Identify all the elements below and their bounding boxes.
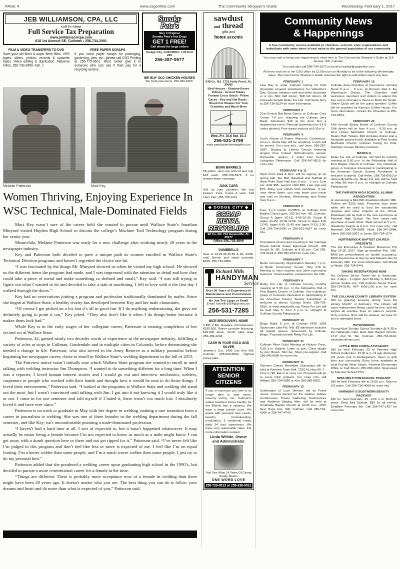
dodge-city-recycling-ad: ◆ DODGE CITY ◆ SCRAP METAL RECYCLING 92 … bbox=[203, 203, 254, 246]
event-description: Celebration of Love Service, led by Fran… bbox=[260, 389, 326, 415]
article-headline: Women Thriving, Enjoying Experience In W… bbox=[3, 190, 197, 218]
chicken-houses-classified: WE BUY OLD CHICKEN HOUSES We build pole … bbox=[142, 77, 197, 84]
event-item: FEBRUARY 20 14th Annual Empty Bowls of C… bbox=[331, 119, 397, 149]
article-paragraph: Maci Key wasn’t sure of the career field… bbox=[3, 222, 197, 240]
sneaky-phone: 256-287-0977 bbox=[144, 57, 195, 63]
left-classifieds: FILM & VIDEO TRANSFERS TO DVD Save your … bbox=[3, 49, 141, 72]
top-left-ads: JEB WILLIAMSON, CPA, LLC Call Us About F… bbox=[3, 13, 197, 84]
sawdust-logo-line2: and thread bbox=[205, 23, 253, 31]
sneaky-petes-logo: Sneaky Pete's bbox=[144, 15, 195, 30]
shop-building-illustration bbox=[208, 42, 250, 79]
handyman-phone: 256-531-7285 bbox=[205, 307, 252, 315]
event-item: FEBRUARY 11 Fairview Classic Breakfast (… bbox=[260, 360, 326, 382]
classified-body: Sell us your clunkers. We buy junkers. C… bbox=[203, 188, 254, 199]
handyman-title: HANDYMAN bbox=[216, 274, 259, 281]
sawdust-website: www.sawdustandthreadgifts.com bbox=[205, 144, 253, 147]
event-item: NORTHBROOK BAPTIST CHURCH PRESENTS The A… bbox=[331, 238, 397, 268]
sawdust-address: 248 Co. Rd. 1721 Holly Pond, AL 35082 bbox=[205, 81, 253, 87]
classified-film-video: FILM & VIDEO TRANSFERS TO DVD Save your … bbox=[3, 49, 70, 72]
classified-gold-silver: CASH IN YOUR GOLD AND SILVER Jeweler’s C… bbox=[203, 342, 254, 361]
photo-melanie-patterson bbox=[3, 88, 85, 184]
senior-citizens-ad: ATTENTION SENIOR CITIZENS If you or some… bbox=[203, 364, 254, 491]
article-paragraph: The Fairview native wasn’t initially sur… bbox=[3, 360, 197, 408]
masthead-website: www.csgonline.com bbox=[80, 4, 195, 9]
event-date-heading: THE FAIRVIEW HIGH SCHOOL ALUMNI ASSOCIAT… bbox=[331, 191, 397, 198]
senior-ad-header: ATTENTION SENIOR CITIZENS bbox=[205, 365, 253, 388]
workbench-shape bbox=[92, 172, 189, 183]
event-description: Relay For Life of Cullman County monthly… bbox=[260, 283, 326, 316]
event-item: FEBRUARY 4 God’s House of Praise Women’s… bbox=[260, 133, 326, 166]
article-paragraph: Meanwhile, Melanie Patterson was ready f… bbox=[3, 240, 197, 252]
event-description: The Ark Encounter & Creation Museums Tri… bbox=[331, 245, 397, 267]
welding-helmet-shape bbox=[21, 95, 49, 115]
event-description: West Point Park & Rec. will be signing u… bbox=[260, 173, 326, 203]
shop-door-shape bbox=[225, 66, 232, 79]
safety-glasses-shape bbox=[145, 104, 164, 108]
jeb-ad-title: JEB WILLIAMSON, CPA, LLC bbox=[5, 15, 137, 25]
classified-body: 3 BR, 2 BA, fireplace, full basement, $1… bbox=[203, 323, 254, 338]
face-shape bbox=[146, 99, 163, 116]
submission-info: You may mail or bring your happening or … bbox=[262, 56, 395, 78]
article-photos bbox=[3, 88, 197, 184]
senior-owner-name: Linda Wilhite, Owner and Administrator bbox=[205, 435, 253, 444]
senior-phone-numbers: 256-739-0513 or 256-338-9012 bbox=[205, 483, 253, 489]
jeb-column: JEB WILLIAMSON, CPA, LLC Call Us About F… bbox=[3, 13, 139, 84]
event-item: PATHFINDERS Young Adult Sunday School Su… bbox=[331, 323, 397, 342]
events-listing: FEBRUARY 1 Last Day to order Cullman Car… bbox=[260, 80, 397, 548]
event-description: 14th Annual Empty Bowls of Cullman Count… bbox=[331, 123, 397, 149]
event-item: FEBRUARY 12 Celebration of Love Service,… bbox=[260, 385, 326, 415]
classified-burn-barrels: BURN BARRELS 55 gallon, open top with li… bbox=[203, 166, 254, 181]
event-item: FEBRUARY 7 Berlin Community Organization… bbox=[260, 258, 326, 277]
event-description: Will be held February 4th at 10:00 a.m. … bbox=[331, 380, 397, 387]
classified-body: Save your old 8mm & super 8mm films, VHS… bbox=[3, 52, 70, 68]
event-item: THE FAIRVIEW HIGH SCHOOL ALUMNI ASSOCIAT… bbox=[331, 191, 397, 235]
title-line2: & Happenings bbox=[261, 28, 396, 40]
event-description: Cullman Area Chamber of Commerce morning… bbox=[331, 84, 397, 117]
event-item: TAKING RESERVATIONS NOW For Cullman Seni… bbox=[331, 270, 397, 292]
event-item: FEBRUARY 9 Relay For Life of Cullman Cou… bbox=[260, 279, 326, 316]
event-description: Fairview Classic Breakfast (Saturday) wi… bbox=[260, 364, 326, 383]
submission-info-line3: All items must be in the CSG office by 1… bbox=[262, 70, 395, 77]
community-news-section: Community News & Happenings A free commu… bbox=[260, 13, 397, 548]
event-description: Will be held February 25, 2:00 p.m. Birt… bbox=[331, 397, 397, 412]
sawdust-tagline2: home accents bbox=[205, 35, 253, 41]
senior-header-line2: SENIOR CITIZENS bbox=[205, 373, 253, 386]
event-description: For Cullman Senior Travel trip to Savann… bbox=[331, 274, 397, 293]
event-description: Last Day to order Cullman Caring for Kid… bbox=[260, 84, 326, 106]
community-news-blurb: A free community service available to ch… bbox=[261, 42, 396, 53]
face-shape bbox=[27, 111, 43, 126]
photo-maci-key bbox=[91, 88, 189, 184]
event-item: FEBRUARY 4 & 11 West Point Park & Rec. w… bbox=[260, 169, 326, 202]
event-item: HARMONY’S SOUTHERN BEAUTY PAGEANT Will b… bbox=[331, 390, 397, 412]
dodge-address: 92 Co. Rd. 710 Hanceville, AL 35077 bbox=[205, 233, 252, 240]
logo-thread-word: thread bbox=[222, 22, 243, 30]
recycling-logo: RECYCLING bbox=[205, 224, 252, 232]
sawdust-item-list: Bird Houses - Shadow BoxesPillows - Acce… bbox=[205, 88, 253, 110]
event-description: Is sponsoring a $10,000 drawdown March 1… bbox=[331, 199, 397, 236]
sneaky-petes-ad: Sneaky Pete's Buy 4 Original Sneaky Pete… bbox=[142, 13, 197, 73]
article-paragraph: Patterson, 42, gained nearly two decades… bbox=[3, 336, 197, 360]
torso-shape bbox=[13, 125, 61, 184]
classified-brick-home: NICE BRICK/VINYL HOME 3 BR, 2 BA, firepl… bbox=[203, 320, 254, 339]
submission-info-line1: You may mail or bring your happening or … bbox=[262, 56, 395, 63]
handyman-line2: Maintenance and Construction bbox=[205, 293, 252, 297]
classified-body: If you need paper scraps for packaging, … bbox=[75, 52, 142, 71]
event-description: Bingo Night, 6 p.m. at Cullman VFW, 1539… bbox=[260, 322, 326, 337]
divider bbox=[205, 297, 252, 298]
article-paragraph: “I haven’t had a hard time at all. I sor… bbox=[3, 426, 197, 462]
jeb-ad-main-line: Full Service Tax Preparation bbox=[5, 29, 137, 37]
event-description: God’s House of Praise Women’s Conference… bbox=[260, 137, 326, 167]
classified-body: 55 gallon, open top with lid and ring. $… bbox=[203, 170, 254, 181]
page-columns: JEB WILLIAMSON, CPA, LLC Call Us About F… bbox=[0, 11, 400, 548]
hammer-handle-shape bbox=[208, 273, 211, 286]
page-number: PAGE 4 bbox=[5, 4, 80, 9]
event-description: Berlin Community Organization Meeting 7 … bbox=[260, 262, 326, 277]
issue-date: Wednesday, February 1, 2017 bbox=[300, 4, 395, 9]
event-description: Cullman Fiber Guild Meeting at Hickory F… bbox=[260, 343, 326, 358]
article-paragraph: “Of course I get picked on a lot, but it… bbox=[3, 306, 197, 324]
event-item: FEBRUARY 10 Bingo Night, 6 p.m. at Cullm… bbox=[260, 318, 326, 337]
location-map bbox=[211, 111, 247, 134]
handyman-service-word: Service bbox=[216, 281, 259, 287]
event-item: FEBRUARY 5 Free 3-v-3 Indoor FUTBOL at C… bbox=[260, 205, 326, 235]
logo-and-word: and bbox=[214, 25, 220, 30]
handyman-email: Email: rickmills1954@gmail.com bbox=[205, 303, 252, 306]
event-date-heading: NORTHBROOK BAPTIST CHURCH PRESENTS bbox=[331, 238, 397, 245]
senior-ad-body: If you or someone you love is no longer … bbox=[205, 388, 253, 436]
senior-love-line: ONE WORD LOVE bbox=[205, 479, 253, 483]
caption-melanie: Melanie Patterson bbox=[3, 185, 91, 189]
event-item: MISS MELTI PRESCHOOL PAGEANT Will be hel… bbox=[331, 376, 397, 387]
event-item: FEBRUARY 15 Cullman Area Chamber of Comm… bbox=[331, 80, 397, 117]
community-news-title: Community News & Happenings bbox=[261, 14, 396, 43]
publication-name: The Community Shopper's Guide bbox=[195, 4, 300, 9]
owner-line2: and Administrator bbox=[205, 439, 253, 443]
event-description: Overeaters Anonymous meeting in the Carr… bbox=[260, 241, 326, 256]
classified-body: Jeweler’s Cut, 1405 2nd Ave SW, Cullman.… bbox=[203, 349, 254, 360]
handyman-names: Richard Mills HANDYMAN Service bbox=[216, 269, 259, 287]
linda-wilhite-photo bbox=[214, 445, 243, 470]
article-section: JEB WILLIAMSON, CPA, LLC Call Us About F… bbox=[3, 13, 197, 548]
article-paragraph: Key had no reservations joining a progra… bbox=[3, 294, 197, 306]
event-description: Free 3-v-3 Indoor FUTBOL at Cullman Firs… bbox=[260, 208, 326, 234]
events-column-right: FEBRUARY 15 Cullman Area Chamber of Comm… bbox=[331, 80, 397, 548]
hammer-icon bbox=[205, 269, 214, 286]
submission-info-line2: You may also call 256-734-1072 or email … bbox=[262, 65, 395, 69]
torso-shape bbox=[128, 116, 178, 184]
machine-shape bbox=[97, 92, 126, 167]
newspaper-page: PAGE 4 www.csgonline.com The Community S… bbox=[0, 0, 400, 569]
article-paragraph: While Key is in the early stages of her … bbox=[3, 324, 197, 336]
article-paragraph: Patterson added that she pondered a weld… bbox=[3, 462, 197, 474]
headline-line2: WSC Technical, Male-Dominated Fields bbox=[3, 204, 197, 218]
event-item: THE CULLMAN COUNTY LIBRARY SYSTEM Will b… bbox=[331, 295, 397, 321]
sneaky-offer-block: Buy 4 Original Sneaky Pete's Hot Dogs GE… bbox=[144, 31, 195, 50]
classified-paper-scraps: FREE PAPER SCRAPS If you need paper scra… bbox=[75, 49, 142, 72]
pole-shape bbox=[71, 88, 76, 184]
article-paragraph: “I was fascinated by the things Mr. Miny… bbox=[3, 264, 197, 294]
article-paragraph: Key and Patterson both decided to pave a… bbox=[3, 252, 197, 264]
caption-maci: Maci Key bbox=[91, 185, 197, 189]
workbench-shape bbox=[4, 170, 85, 183]
offer-line4: Call ahead for large orders bbox=[144, 46, 195, 50]
senior-tagline: And See What 24 Years Of Caring Really M… bbox=[205, 472, 253, 479]
article-end-bar bbox=[3, 531, 197, 539]
classified-body: Sets of 10,20,30,40,50 & 60, 420lb. tota… bbox=[203, 252, 254, 263]
dodge-city-name: ◆ DODGE CITY ◆ bbox=[205, 205, 252, 211]
sneaky-column: Sneaky Pete's Buy 4 Original Sneaky Pete… bbox=[142, 13, 197, 84]
classified-heading: CASH IN YOUR GOLD AND SILVER bbox=[203, 342, 254, 349]
article-paragraph: Patterson is on track to graduate in May… bbox=[3, 408, 197, 426]
classified-body: We build pole barns. 256-390-3300. bbox=[142, 80, 197, 83]
community-news-header-box: Community News & Happenings A free commu… bbox=[260, 13, 397, 54]
jeb-ad-address: 618 1st Avenue SE, Cullman • 256-734-209… bbox=[5, 40, 137, 44]
sawdust-thread-ad: sawdust and thread gifts and home accent… bbox=[203, 13, 254, 163]
event-item: LITTLE MISS FAIRALA PAGEANT Will be held… bbox=[331, 344, 397, 374]
handyman-logo-row: Richard Mills HANDYMAN Service bbox=[205, 269, 252, 287]
dodge-office-phone: Office 256-735-9899 bbox=[205, 240, 252, 244]
jeb-williamson-ad: JEB WILLIAMSON, CPA, LLC Call Us About F… bbox=[3, 13, 139, 46]
title-line1: Community News bbox=[261, 16, 396, 28]
masthead: PAGE 4 www.csgonline.com The Community S… bbox=[0, 0, 400, 11]
event-date-heading: HARMONY’S SOUTHERN BEAUTY PAGEANT bbox=[331, 390, 397, 397]
article-body: Maci Key wasn’t sure of the career field… bbox=[3, 222, 197, 527]
event-item: FEBRUARY 11 Cullman Fiber Guild Meeting … bbox=[260, 339, 326, 358]
event-item: FEBRUARY 3 21st Annual Big Band Dance at… bbox=[260, 108, 326, 130]
event-item: FEBRUARY 1 Last Day to order Cullman Car… bbox=[260, 80, 326, 106]
classified-dumbbells: DUMBBELLS Sets of 10,20,30,40,50 & 60, 4… bbox=[203, 249, 254, 264]
event-item: FEBRUARY 6 Overeaters Anonymous meeting … bbox=[260, 237, 326, 256]
event-description: 21st Annual Big Band Dance at Cullman Ci… bbox=[260, 112, 326, 131]
event-description: Young Adult Sunday School Sundays @ 9:30… bbox=[331, 327, 397, 342]
sneaky-logo-line2: Pete's bbox=[144, 23, 195, 30]
classified-junk-cars: JUNK CARS Sell us your clunkers. We buy … bbox=[203, 184, 254, 199]
event-description: Will be held February 25 at Fairview Hig… bbox=[331, 348, 397, 374]
divider bbox=[205, 287, 252, 288]
photo-captions: Melanie Patterson Maci Key bbox=[3, 185, 197, 189]
scrap-metal-logo: SCRAP METAL bbox=[205, 210, 252, 224]
handyman-service-ad: Richard Mills HANDYMAN Service Over 20 Y… bbox=[203, 267, 254, 316]
sawdust-item: Creativity and Much More bbox=[205, 106, 253, 110]
event-item: MARCH 9 Relay For Life of Cullman, will … bbox=[331, 152, 397, 189]
events-column-left: FEBRUARY 1 Last Day to order Cullman Car… bbox=[260, 80, 326, 548]
headline-line1: Women Thriving, Enjoying Experience In bbox=[3, 190, 197, 204]
middle-ads-column: sawdust and thread gifts and home accent… bbox=[201, 13, 256, 548]
event-description: Will be granting amnesty during “Love My… bbox=[331, 299, 397, 321]
event-description: Relay For Life of Cullman, will hold its… bbox=[331, 155, 397, 188]
article-paragraph: “Things are different. There is probably… bbox=[3, 474, 197, 492]
